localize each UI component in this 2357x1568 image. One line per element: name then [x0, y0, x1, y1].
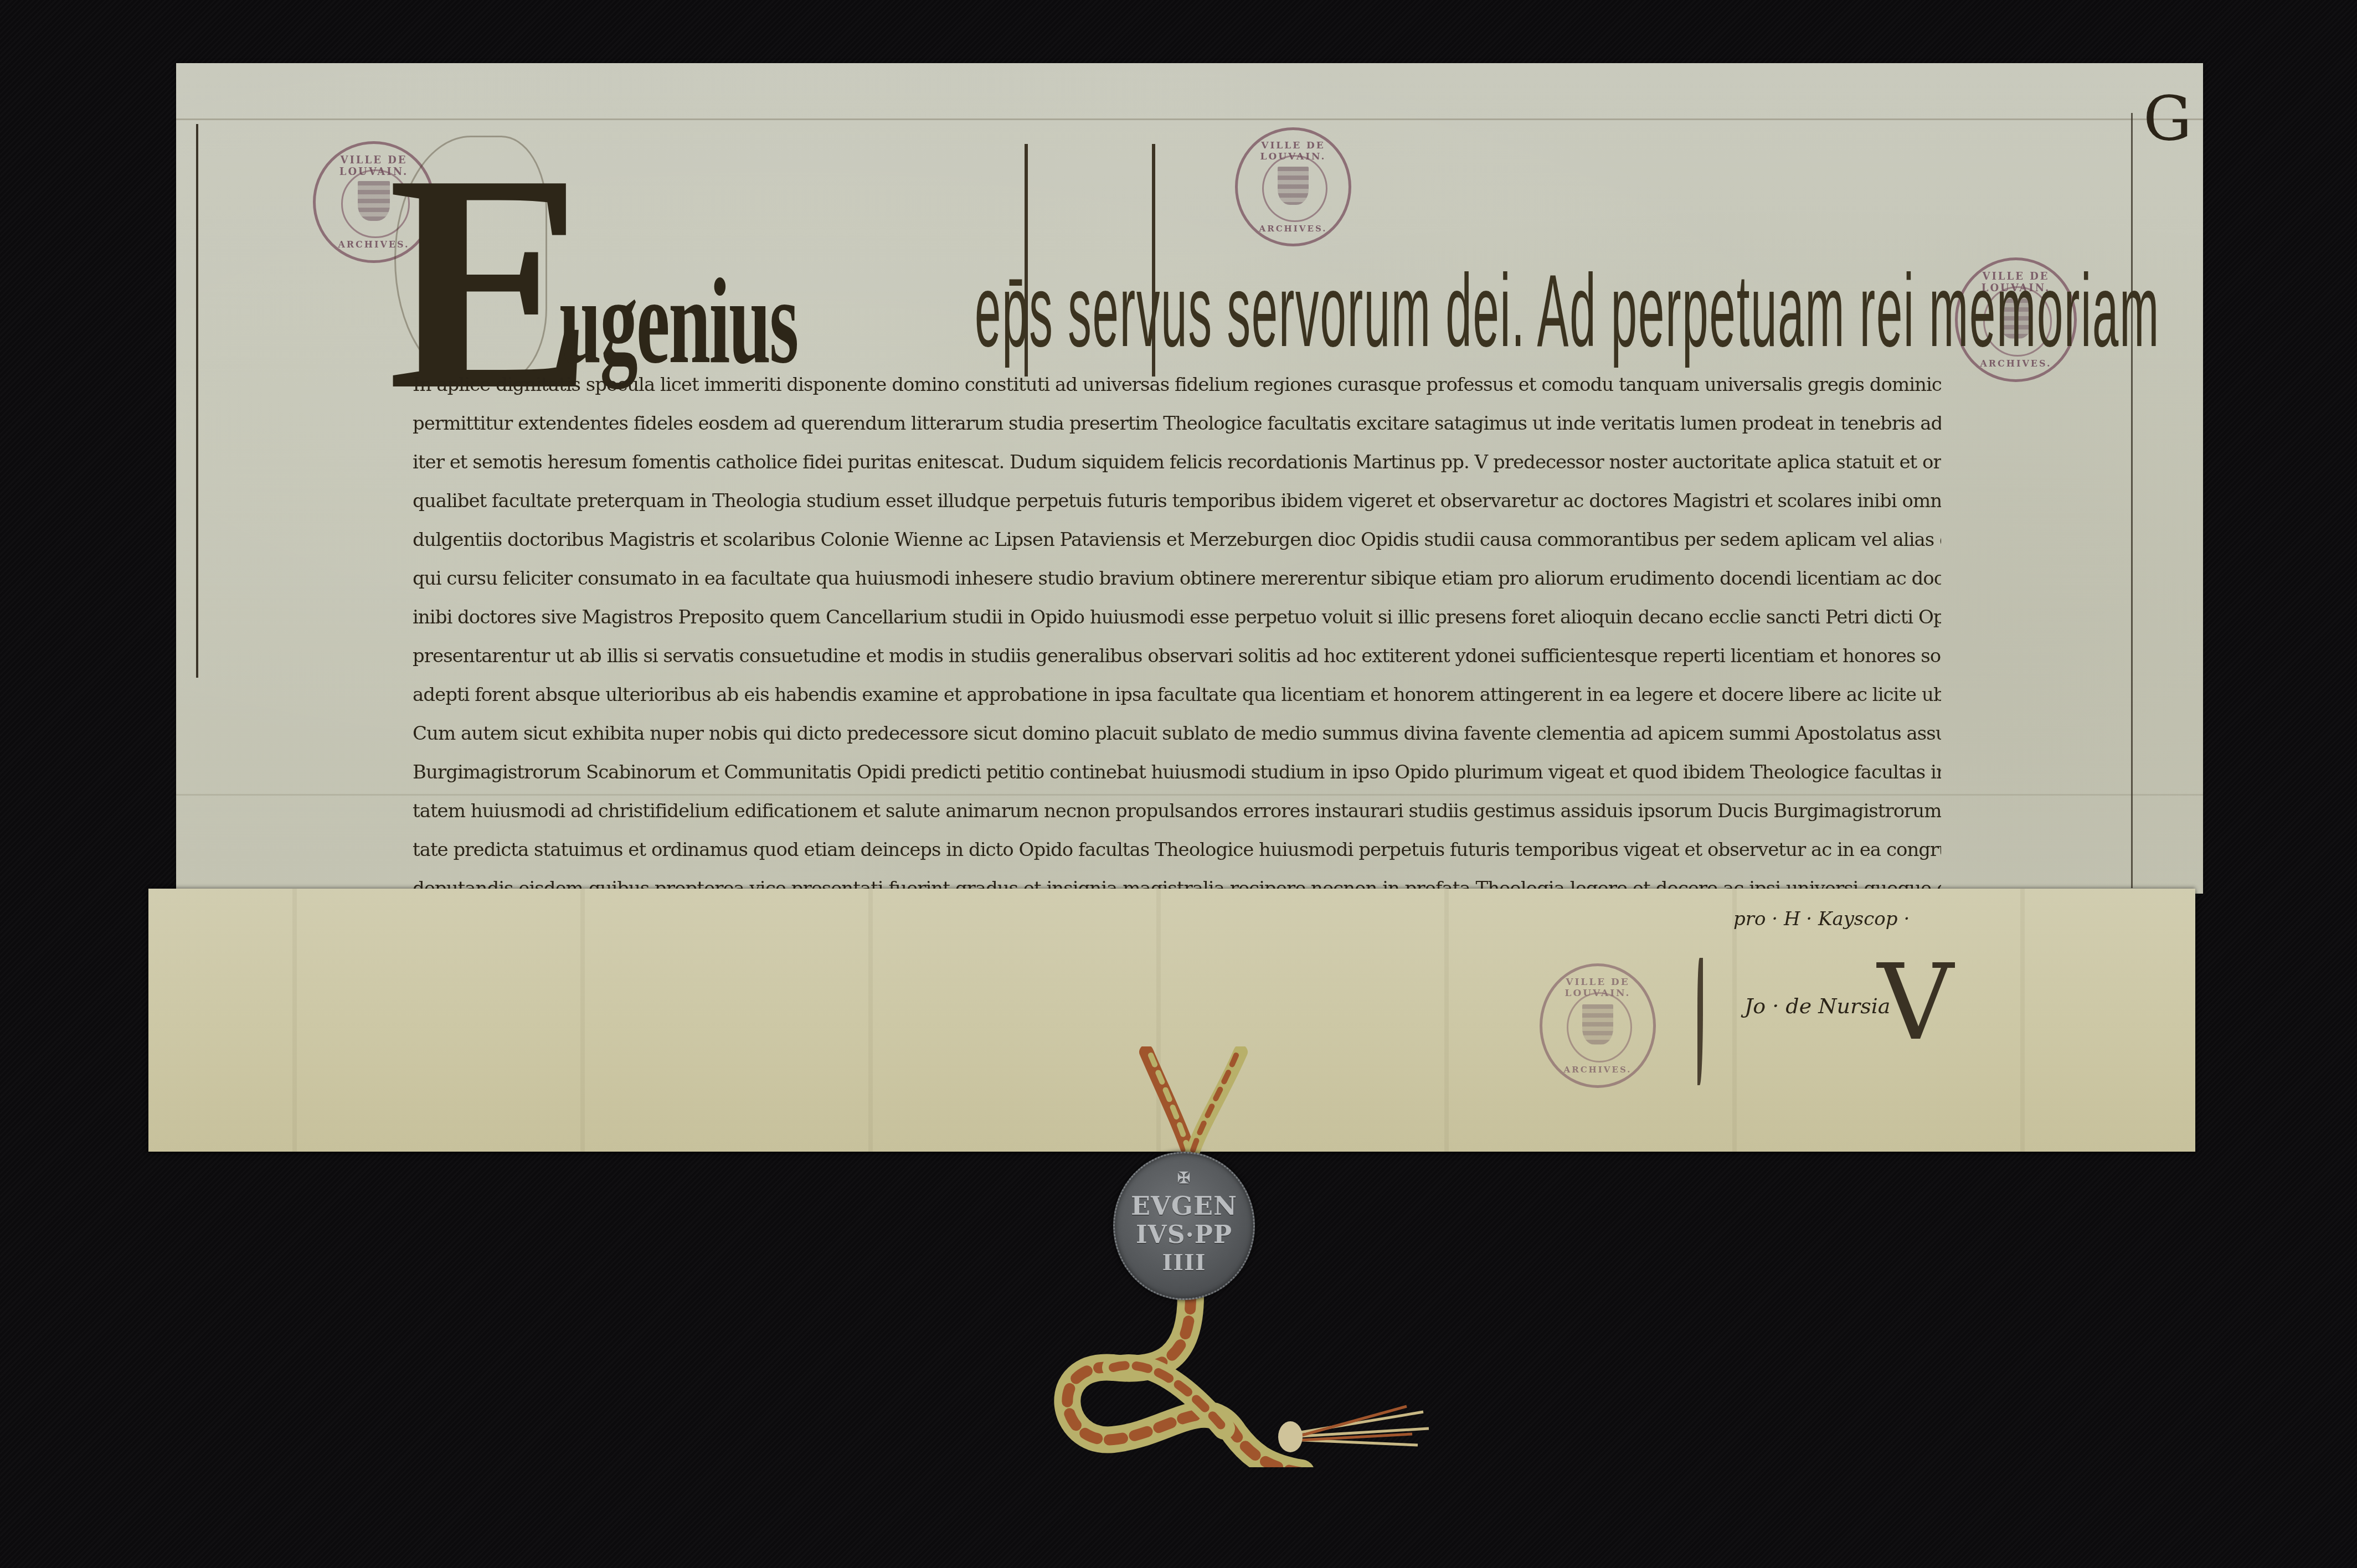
tassel-knot: [1278, 1421, 1303, 1452]
text-line: tatem huiusmodi ad christifidelium edifi…: [413, 792, 1941, 831]
coat-of-arms-icon: [1278, 167, 1309, 205]
text-line: qualibet facultate preterquam in Theolog…: [413, 482, 1941, 520]
papal-title: ep̄s servus servorum dei. Ad perpetuam r…: [975, 260, 2160, 363]
text-line: In aplice dignitatis specula licet immer…: [413, 365, 1941, 404]
text-line: adepti forent absque ulterioribus ab eis…: [413, 675, 1941, 714]
archive-stamp: VILLE DE LOUVAIN. ARCHIVES.: [1235, 127, 1351, 246]
text-line: Cum autem sicut exhibita nuper nobis qui…: [413, 714, 1941, 753]
left-ruling-line: [196, 124, 198, 678]
text-line: dulgentiis doctoribus Magistris et scola…: [413, 520, 1941, 559]
pope-name: ugenius: [559, 260, 797, 382]
coat-of-arms-icon: [358, 181, 390, 220]
lead-seal-bulla: ✠ EVGEN IVS·PP IIII: [1113, 1152, 1255, 1300]
text-line: presentarentur ut ab illis si servatis c…: [413, 637, 1941, 675]
corner-mark: G: [2143, 83, 2192, 154]
scribe-signature: pro · H · Kayscop ·: [1733, 908, 1910, 930]
text-line: iter et semotis heresum fomentis catholi…: [413, 443, 1941, 482]
text-line: inibi doctores sive Magistros Preposito …: [413, 598, 1941, 637]
text-line: qui cursu feliciter consumato in ea facu…: [413, 559, 1941, 598]
coat-of-arms-icon: [1582, 1004, 1613, 1045]
text-line: tate predicta statuimus et ordinamus quo…: [413, 831, 1941, 869]
text-line: Burgimagistrorum Scabinorum et Communita…: [413, 753, 1941, 792]
text-line: permittitur extendentes fideles eosdem a…: [413, 404, 1941, 443]
archive-stamp: VILLE DE LOUVAIN. ARCHIVES.: [1540, 963, 1656, 1088]
flourish-mark: V: [1877, 941, 1953, 1064]
right-ruling-line: [2131, 113, 2133, 888]
